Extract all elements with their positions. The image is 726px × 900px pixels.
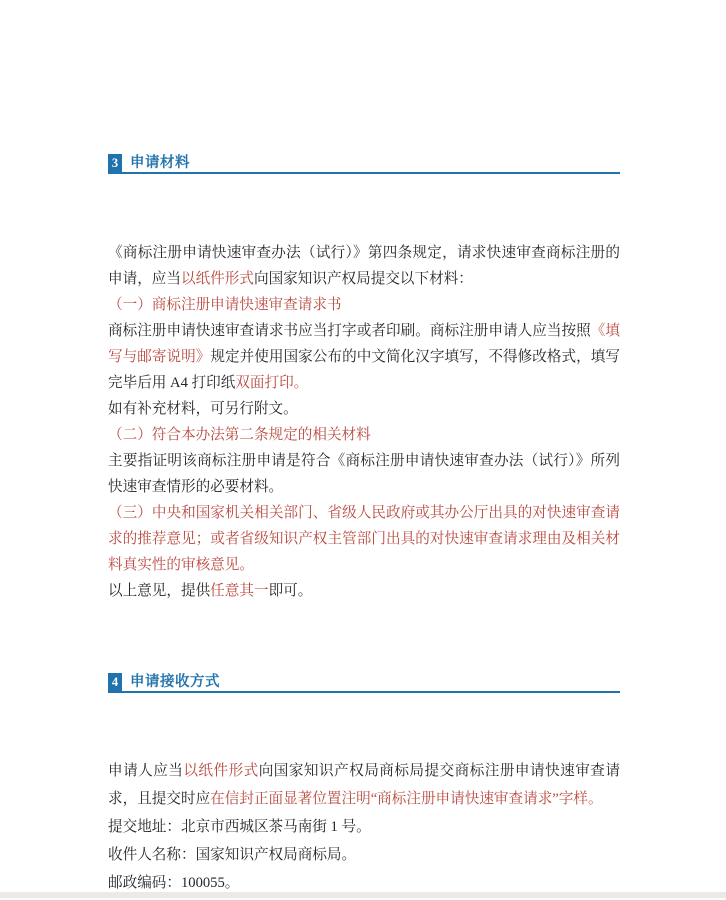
body-text: 主要指证明该商标注册申请是符合《商标注册申请快速审查办法（试行）》所列快速审查情… [108, 453, 620, 495]
highlighted-text: （二）符合本办法第二条规定的相关材料 [108, 427, 371, 443]
body-text: 提交地址：北京市西城区茶马南街 1 号。 [108, 819, 371, 835]
paragraph: 《商标注册申请快速审查办法（试行）》第四条规定，请求快速审查商标注册的申请，应当… [108, 240, 620, 292]
section-header: 4 申请接收方式 [108, 673, 620, 691]
paragraph: 商标注册申请快速审查请求书应当打字或者印刷。商标注册申请人应当按照《填写与邮寄说… [108, 318, 620, 396]
section-number-badge: 3 [108, 154, 122, 172]
highlighted-text: 以纸件形式 [181, 271, 254, 287]
highlighted-text: 任意其一 [210, 583, 268, 599]
document-page: 3 申请材料 《商标注册申请快速审查办法（试行）》第四条规定，请求快速审查商标注… [0, 0, 726, 900]
body-text: 向国家知识产权局提交以下材料： [254, 271, 473, 287]
body-text: 收件人名称：国家知识产权局商标局。 [108, 847, 356, 863]
body-text: 申请人应当 [108, 763, 183, 779]
highlighted-text: 双面打印。 [235, 375, 308, 391]
section-divider-rule [108, 172, 620, 174]
section-body: 申请人应当以纸件形式向国家知识产权局商标局提交商标注册申请快速审查请求，且提交时… [108, 757, 620, 897]
paragraph: （一）商标注册申请快速审查请求书 [108, 292, 620, 318]
highlighted-text: 以纸件形式 [183, 763, 258, 779]
paragraph: （三）中央和国家机关相关部门、省级人民政府或其办公厅出具的对快速审查请求的推荐意… [108, 500, 620, 578]
highlighted-text: （三）中央和国家机关相关部门、省级人民政府或其办公厅出具的对快速审查请求的推荐意… [108, 505, 620, 573]
body-text: 即可。 [269, 583, 313, 599]
section-title: 申请材料 [130, 154, 190, 172]
section-number-badge: 4 [108, 673, 122, 691]
section-divider-rule [108, 691, 620, 693]
paragraph: 主要指证明该商标注册申请是符合《商标注册申请快速审查办法（试行）》所列快速审查情… [108, 448, 620, 500]
section-header: 3 申请材料 [108, 154, 620, 172]
body-text: 邮政编码：100055。 [108, 875, 239, 891]
page-bottom-edge [0, 892, 726, 898]
section-application-receiving-method: 4 申请接收方式 申请人应当以纸件形式向国家知识产权局商标局提交商标注册申请快速… [108, 673, 620, 693]
body-text: 商标注册申请快速审查请求书应当打字或者印刷。商标注册申请人应当按照 [108, 323, 591, 339]
body-text: 如有补充材料，可另行附文。 [108, 401, 298, 417]
paragraph: （二）符合本办法第二条规定的相关材料 [108, 422, 620, 448]
paragraph: 如有补充材料，可另行附文。 [108, 396, 620, 422]
paragraph: 以上意见，提供任意其一即可。 [108, 578, 620, 604]
highlighted-text: （一）商标注册申请快速审查请求书 [108, 297, 342, 313]
body-text: 以上意见，提供 [108, 583, 210, 599]
paragraph: 收件人名称：国家知识产权局商标局。 [108, 841, 620, 869]
highlighted-text: 在信封正面显著位置注明“商标注册申请快速审查请求”字样。 [210, 791, 602, 807]
section-body: 《商标注册申请快速审查办法（试行）》第四条规定，请求快速审查商标注册的申请，应当… [108, 240, 620, 604]
paragraph: 申请人应当以纸件形式向国家知识产权局商标局提交商标注册申请快速审查请求，且提交时… [108, 757, 620, 813]
section-application-materials: 3 申请材料 《商标注册申请快速审查办法（试行）》第四条规定，请求快速审查商标注… [108, 154, 620, 174]
paragraph: 提交地址：北京市西城区茶马南街 1 号。 [108, 813, 620, 841]
section-title: 申请接收方式 [130, 673, 220, 691]
